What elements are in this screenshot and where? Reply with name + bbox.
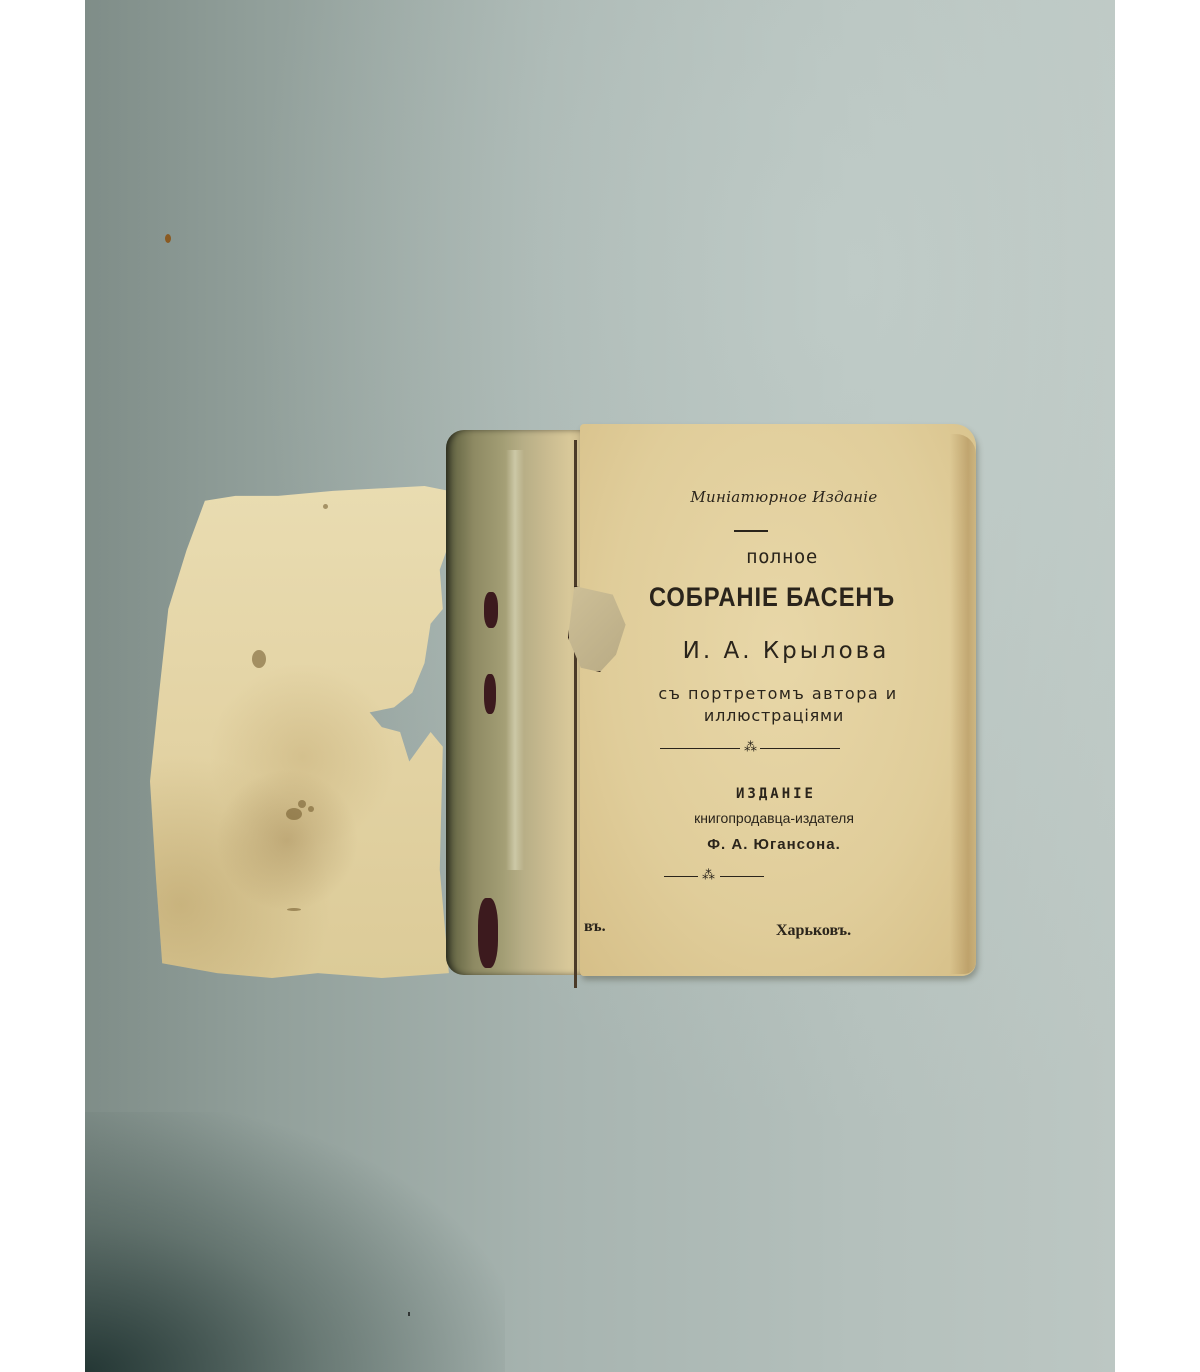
stain [252,650,266,668]
debris-speck [408,1312,410,1316]
stain [298,800,306,808]
publisher-name: Ф. А. Югансона. [576,836,972,853]
stain [308,806,314,812]
spine-highlight [506,450,524,870]
subtitle-line-2: иллюстраціями [576,706,972,725]
ornament-knot-icon: ⁂ [744,740,757,755]
spine-damage [484,674,496,714]
city-left-fragment: въ. [584,918,606,936]
ornament-divider: ⁂ [660,742,840,756]
stain [323,504,328,509]
author-name: И. А. Крылова [588,638,984,664]
series-label: Миніатюрное Изданіе [586,488,982,506]
ornament-line [720,876,764,877]
spine-damage [478,898,498,968]
ornament-line [664,876,698,877]
ornament-line [760,748,840,749]
edition-label: ИЗДАНІЕ [578,786,974,802]
stain [286,808,302,820]
book-spine [446,430,586,975]
stain [287,908,301,911]
title-prefix: полное [584,546,980,568]
book: Миніатюрное Изданіе полное СОБРАНІЕ БАСЕ… [446,418,976,978]
debris-speck [165,234,171,243]
title-page: Миніатюрное Изданіе полное СОБРАНІЕ БАСЕ… [580,424,976,976]
ornament-divider: ⁂ [664,870,844,884]
book-title: СОБРАНІЕ БАСЕНЪ [598,582,946,613]
ornament-knot-icon: ⁂ [702,868,715,883]
page-edge-shadow [950,434,976,974]
subtitle-line-1: съ портретомъ автора и [580,684,976,703]
publisher-role: книгопродавца-издателя [576,810,972,826]
ornament-line [660,748,740,749]
spine-damage [484,592,498,628]
city-name: Харьковъ. [776,922,851,940]
divider-rule [734,530,768,532]
